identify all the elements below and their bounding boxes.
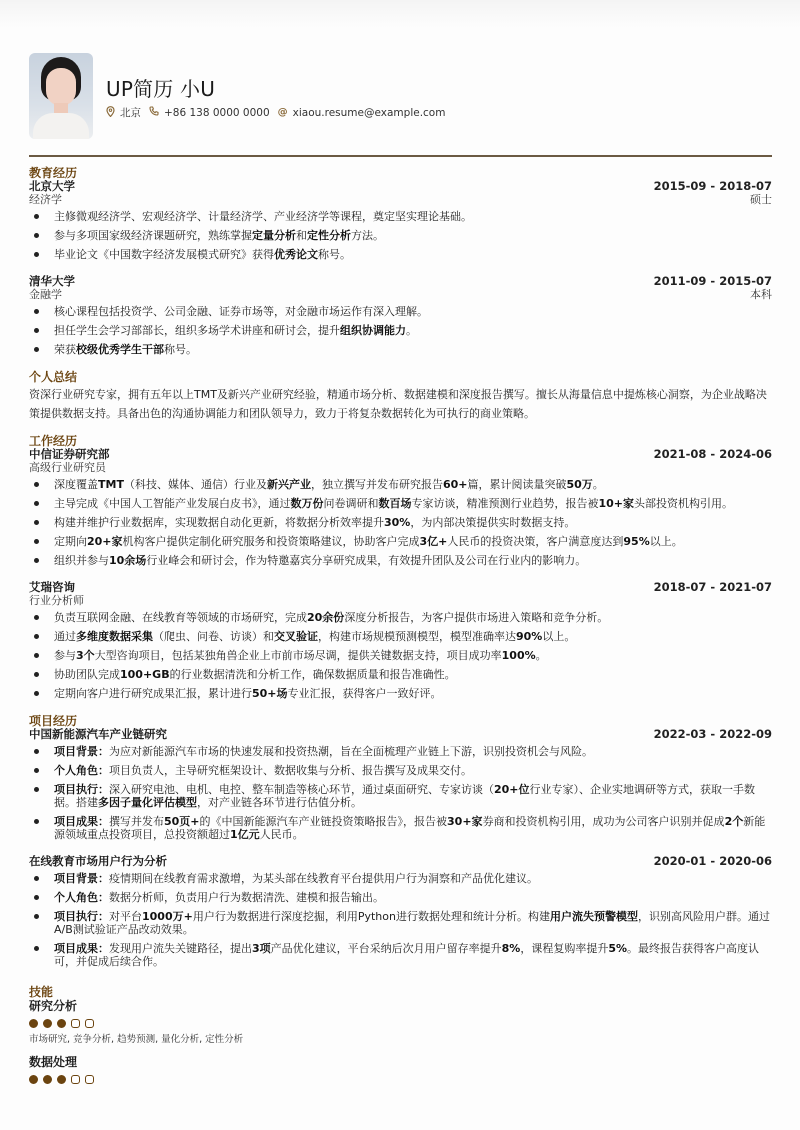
list-item: 定期向20+家机构客户提供定制化研究服务和投资策略建议，协助客户完成3亿+人民币…: [29, 535, 772, 548]
section-title-summary: 个人总结: [29, 370, 772, 384]
list-item: 主导完成《中国人工智能产业发展白皮书》，通过数万份问卷调研和数百场专家访谈，精准…: [29, 497, 772, 510]
education-entry: 清华大学 金融学 2011-09 - 2015-07 本科 核心课程包括投资学、…: [29, 275, 772, 356]
education-entry: 北京大学 经济学 2015-09 - 2018-07 硕士 主修微观经济学、宏观…: [29, 180, 772, 261]
contact-email: @ xiaou.resume@example.com: [278, 107, 446, 119]
skills-section: 技能 研究分析 市场研究, 竞争分析, 趋势预测, 量化分析, 定性分析 数据处…: [29, 985, 772, 1084]
filled-dot-icon: [43, 1075, 52, 1084]
date-range: 2021-08 - 2024-06: [654, 448, 772, 461]
skill-item: 研究分析 市场研究, 竞争分析, 趋势预测, 量化分析, 定性分析: [29, 999, 772, 1046]
project-entry: 在线教育市场用户行为分析 2020-01 - 2020-06 项目背景：疫情期间…: [29, 855, 772, 968]
list-item: 项目背景：为应对新能源汽车市场的快速发展和投资热潮，旨在全面梳理产业链上下游，识…: [29, 745, 772, 758]
job-role: 行业分析师: [29, 594, 772, 607]
filled-dot-icon: [57, 1019, 66, 1028]
section-title-work: 工作经历: [29, 434, 772, 448]
projects-section: 项目经历 中国新能源汽车产业链研究 2022-03 - 2022-09 项目背景…: [29, 714, 772, 968]
degree: 硕士: [750, 193, 772, 206]
list-item: 项目执行：对平台1000万+用户行为数据进行深度挖掘，利用Python进行数据处…: [29, 910, 772, 936]
date-range: 2011-09 - 2015-07: [654, 275, 772, 288]
skill-level-rating: [29, 1075, 772, 1084]
list-item: 协助团队完成100+GB的行业数据清洗和分析工作，确保数据质量和报告准确性。: [29, 668, 772, 681]
skill-level-rating: [29, 1019, 772, 1028]
resume-header: UP简历 小U 北京 +86 138 0000 0000 @ xiaou.res…: [29, 53, 772, 139]
date-range: 2020-01 - 2020-06: [654, 855, 772, 868]
work-entry: 中信证券研究部 高级行业研究员 2021-08 - 2024-06 深度覆盖TM…: [29, 448, 772, 567]
contact-phone: +86 138 0000 0000: [149, 106, 270, 119]
date-range: 2015-09 - 2018-07: [654, 180, 772, 193]
degree: 本科: [750, 288, 772, 301]
filled-dot-icon: [29, 1019, 38, 1028]
location-pin-icon: [106, 106, 115, 120]
avatar: [29, 53, 93, 139]
empty-dot-icon: [85, 1075, 94, 1084]
section-title-education: 教育经历: [29, 166, 772, 180]
empty-dot-icon: [71, 1019, 80, 1028]
list-item: 项目背景：疫情期间在线教育需求激增，为某头部在线教育平台提供用户行为洞察和产品优…: [29, 872, 772, 885]
summary-section: 个人总结 资深行业研究专家，拥有五年以上TMT及新兴产业研究经验，精通市场分析、…: [29, 370, 772, 423]
list-item: 个人角色：数据分析师，负责用户行为数据清洗、建模和报告输出。: [29, 891, 772, 904]
skill-item: 数据处理: [29, 1055, 772, 1084]
contact-location: 北京: [106, 105, 141, 120]
bullet-list: 项目背景：为应对新能源汽车市场的快速发展和投资热潮，旨在全面梳理产业链上下游，识…: [29, 745, 772, 841]
list-item: 组织并参与10余场行业峰会和研讨会，作为特邀嘉宾分享研究成果，有效提升团队及公司…: [29, 554, 772, 567]
contact-info: 北京 +86 138 0000 0000 @ xiaou.resume@exam…: [106, 105, 453, 120]
resume-content: 教育经历 北京大学 经济学 2015-09 - 2018-07 硕士 主修微观经…: [29, 166, 772, 1090]
education-section: 教育经历 北京大学 经济学 2015-09 - 2018-07 硕士 主修微观经…: [29, 166, 772, 356]
date-range: 2018-07 - 2021-07: [654, 581, 772, 594]
list-item: 毕业论文《中国数字经济发展模式研究》获得优秀论文称号。: [29, 248, 772, 261]
list-item: 定期向客户进行研究成果汇报，累计进行50+场专业汇报，获得客户一致好评。: [29, 687, 772, 700]
major: 经济学: [29, 193, 772, 206]
skill-name: 研究分析: [29, 999, 772, 1014]
list-item: 荣获校级优秀学生干部称号。: [29, 343, 772, 356]
list-item: 参与3个大型咨询项目，包括某独角兽企业上市前市场尽调，提供关键数据支持，项目成功…: [29, 649, 772, 662]
list-item: 个人角色：项目负责人，主导研究框架设计、数据收集与分析、报告撰写及成果交付。: [29, 764, 772, 777]
list-item: 深度覆盖TMT（科技、媒体、通信）行业及新兴产业，独立撰写并发布研究报告60+篇…: [29, 478, 772, 491]
bullet-list: 深度覆盖TMT（科技、媒体、通信）行业及新兴产业，独立撰写并发布研究报告60+篇…: [29, 478, 772, 567]
empty-dot-icon: [71, 1075, 80, 1084]
bullet-list: 主修微观经济学、宏观经济学、计量经济学、产业经济学等课程，奠定坚实理论基础。参与…: [29, 210, 772, 261]
filled-dot-icon: [29, 1075, 38, 1084]
bullet-list: 核心课程包括投资学、公司金融、证券市场等，对金融市场运作有深入理解。担任学生会学…: [29, 305, 772, 356]
list-item: 核心课程包括投资学、公司金融、证券市场等，对金融市场运作有深入理解。: [29, 305, 772, 318]
header-divider: [29, 155, 772, 157]
filled-dot-icon: [43, 1019, 52, 1028]
phone-icon: [149, 106, 159, 119]
candidate-name: UP简历 小U: [106, 73, 215, 102]
list-item: 构建并维护行业数据库，实现数据自动化更新，将数据分析效率提升30%，为内部决策提…: [29, 516, 772, 529]
filled-dot-icon: [57, 1075, 66, 1084]
empty-dot-icon: [85, 1019, 94, 1028]
section-title-skills: 技能: [29, 985, 772, 999]
list-item: 负责互联网金融、在线教育等领域的市场研究，完成20余份深度分析报告，为客户提供市…: [29, 611, 772, 624]
skill-tags: 市场研究, 竞争分析, 趋势预测, 量化分析, 定性分析: [29, 1034, 772, 1046]
list-item: 主修微观经济学、宏观经济学、计量经济学、产业经济学等课程，奠定坚实理论基础。: [29, 210, 772, 223]
page-top-shade: [0, 0, 800, 28]
list-item: 项目成果：发现用户流失关键路径，提出3项产品优化建议，平台采纳后次月用户留存率提…: [29, 942, 772, 968]
list-item: 项目执行：深入研究电池、电机、电控、整车制造等核心环节，通过桌面研究、专家访谈（…: [29, 783, 772, 809]
list-item: 担任学生会学习部部长，组织多场学术讲座和研讨会，提升组织协调能力。: [29, 324, 772, 337]
work-section: 工作经历 中信证券研究部 高级行业研究员 2021-08 - 2024-06 深…: [29, 434, 772, 700]
list-item: 通过多维度数据采集（爬虫、问卷、访谈）和交叉验证，构建市场规模预测模型，模型准确…: [29, 630, 772, 643]
list-item: 参与多项国家级经济课题研究，熟练掌握定量分析和定性分析方法。: [29, 229, 772, 242]
bullet-list: 负责互联网金融、在线教育等领域的市场研究，完成20余份深度分析报告，为客户提供市…: [29, 611, 772, 700]
at-sign-icon: @: [278, 107, 288, 118]
summary-text: 资深行业研究专家，拥有五年以上TMT及新兴产业研究经验，精通市场分析、数据建模和…: [29, 385, 772, 423]
job-role: 高级行业研究员: [29, 461, 772, 474]
major: 金融学: [29, 288, 772, 301]
date-range: 2022-03 - 2022-09: [654, 728, 772, 741]
section-title-projects: 项目经历: [29, 714, 772, 728]
skill-name: 数据处理: [29, 1055, 772, 1070]
project-entry: 中国新能源汽车产业链研究 2022-03 - 2022-09 项目背景：为应对新…: [29, 728, 772, 841]
bullet-list: 项目背景：疫情期间在线教育需求激增，为某头部在线教育平台提供用户行为洞察和产品优…: [29, 872, 772, 968]
list-item: 项目成果：撰写并发布50页+的《中国新能源汽车产业链投资策略报告》，报告被30+…: [29, 815, 772, 841]
work-entry: 艾瑞咨询 行业分析师 2018-07 - 2021-07 负责互联网金融、在线教…: [29, 581, 772, 700]
